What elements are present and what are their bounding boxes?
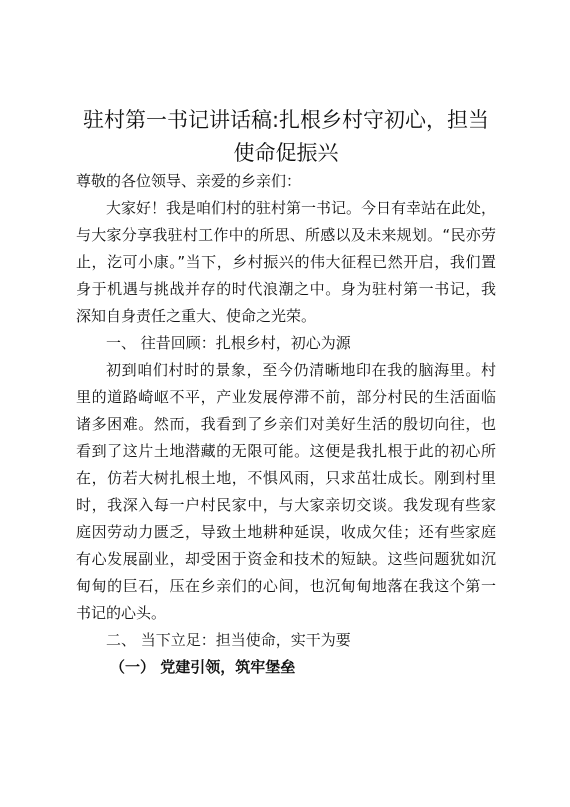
paragraph-line: 时，我深入每一户村民家中，与大家亲切交谈。我发现有些家 — [76, 492, 496, 519]
subsection-heading: （一） 党建引领，筑牢堡垒 — [76, 654, 496, 681]
document-title: 驻村第一书记讲话稿:扎根乡村守初心，担当 使命促振兴 — [76, 104, 496, 170]
paragraph-line: 有心发展副业，却受困于资金和技术的短缺。这些问题犹如沉 — [76, 546, 496, 573]
section-heading: 二、 当下立足：担当使命，实干为要 — [76, 627, 496, 654]
section-2: 二、 当下立足：担当使命，实干为要 （一） 党建引领，筑牢堡垒 — [76, 627, 496, 681]
salutation: 尊敬的各位领导、亲爱的乡亲们： — [76, 168, 496, 195]
paragraph-line: 大家好！我是咱们村的驻村第一书记。今日有幸站在此处， — [76, 195, 496, 222]
paragraph-line: 止，汔可小康。”当下，乡村振兴的伟大征程已然开启，我们置 — [76, 249, 496, 276]
paragraph-line: 在，仿若大树扎根土地，不惧风雨，只求茁壮成长。刚到村里 — [76, 465, 496, 492]
paragraph-line: 身于机遇与挑战并存的时代浪潮之中。身为驻村第一书记，我 — [76, 276, 496, 303]
paragraph-line: 看到了这片土地潜藏的无限可能。这便是我扎根于此的初心所 — [76, 438, 496, 465]
paragraph-line: 诸多困难。然而，我看到了乡亲们对美好生活的殷切向往，也 — [76, 411, 496, 438]
paragraph-line: 与大家分享我驻村工作中的所思、所感以及未来规划。“民亦劳 — [76, 222, 496, 249]
paragraph-line: 初到咱们村时的景象，至今仍清晰地印在我的脑海里。村 — [76, 357, 496, 384]
paragraph-line: 里的道路崎岖不平，产业发展停滞不前，部分村民的生活面临 — [76, 384, 496, 411]
paragraph-line: 深知自身责任之重大、使命之光荣。 — [76, 303, 496, 330]
title-line: 使命促振兴 — [76, 137, 496, 170]
paragraph-line: 庭因劳动力匮乏，导致土地耕种延误，收成欠佳；还有些家庭 — [76, 519, 496, 546]
section-1: 一、 往昔回顾：扎根乡村，初心为源 初到咱们村时的景象，至今仍清晰地印在我的脑海… — [76, 330, 496, 627]
document-page: 驻村第一书记讲话稿:扎根乡村守初心，担当 使命促振兴 尊敬的各位领导、亲爱的乡亲… — [0, 0, 570, 807]
section-heading: 一、 往昔回顾：扎根乡村，初心为源 — [76, 330, 496, 357]
paragraph-line: 书记的心头。 — [76, 600, 496, 627]
section-1-paragraph: 初到咱们村时的景象，至今仍清晰地印在我的脑海里。村 里的道路崎岖不平，产业发展停… — [76, 357, 496, 627]
intro-paragraph: 大家好！我是咱们村的驻村第一书记。今日有幸站在此处， 与大家分享我驻村工作中的所… — [76, 195, 496, 330]
title-line: 驻村第一书记讲话稿:扎根乡村守初心，担当 — [76, 104, 496, 137]
document-body: 尊敬的各位领导、亲爱的乡亲们： 大家好！我是咱们村的驻村第一书记。今日有幸站在此… — [76, 168, 496, 681]
paragraph-line: 甸甸的巨石，压在乡亲们的心间，也沉甸甸地落在我这个第一 — [76, 573, 496, 600]
